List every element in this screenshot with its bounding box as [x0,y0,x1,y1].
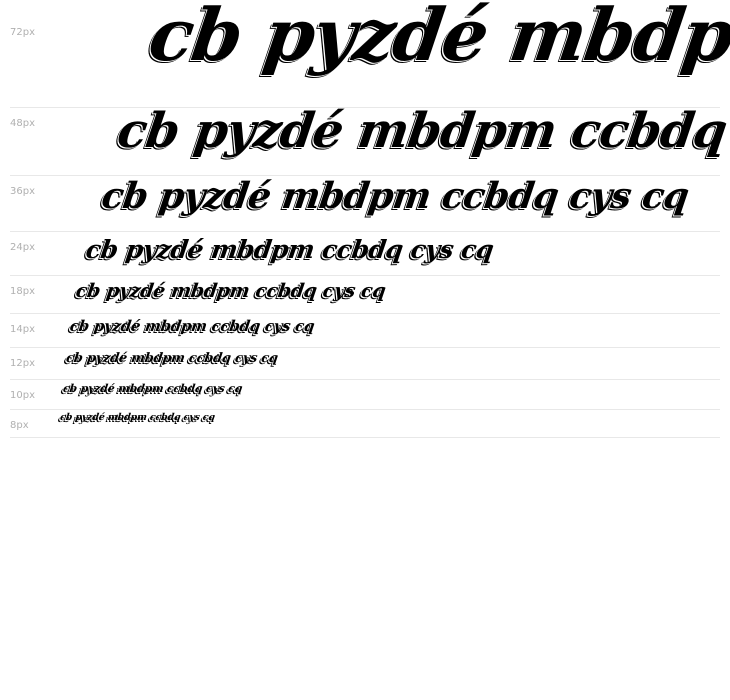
specimen-text-14: cb pyzdé mbdpm ccbdq cys cq [68,313,316,339]
size-label: 18px [10,286,35,297]
specimen-text-10: cb pyzdé mbdpm ccbdq cys cq [62,379,244,399]
size-label: 10px [10,390,35,401]
size-label: 12px [10,358,35,369]
font-waterfall-preview: 72px cb pyzdé mbdpm ccbdq cys cq 48px cb… [0,0,730,700]
specimen-text-72: cb pyzdé mbdpm ccbdq cys cq [142,0,730,90]
size-label: 14px [10,324,35,335]
size-label: 8px [10,420,29,431]
size-label: 48px [10,118,35,129]
size-label: 36px [10,186,35,197]
size-label: 72px [10,27,35,38]
specimen-text-12: cb pyzdé mbdpm ccbdq cys cq [64,347,279,371]
specimen-text-24: cb pyzdé mbdpm ccbdq cys cq [83,230,496,270]
specimen-text-36: cb pyzdé mbdpm ccbdq cys cq [98,168,692,224]
specimen-text-8: cb pyzdé mbdpm ccbdq cys cq [59,409,216,427]
specimen-text-18: cb pyzdé mbdpm ccbdq cys cq [74,276,388,306]
specimen-text-48: cb pyzdé mbdpm ccbdq cys cq [113,96,730,166]
size-label: 24px [10,242,35,253]
